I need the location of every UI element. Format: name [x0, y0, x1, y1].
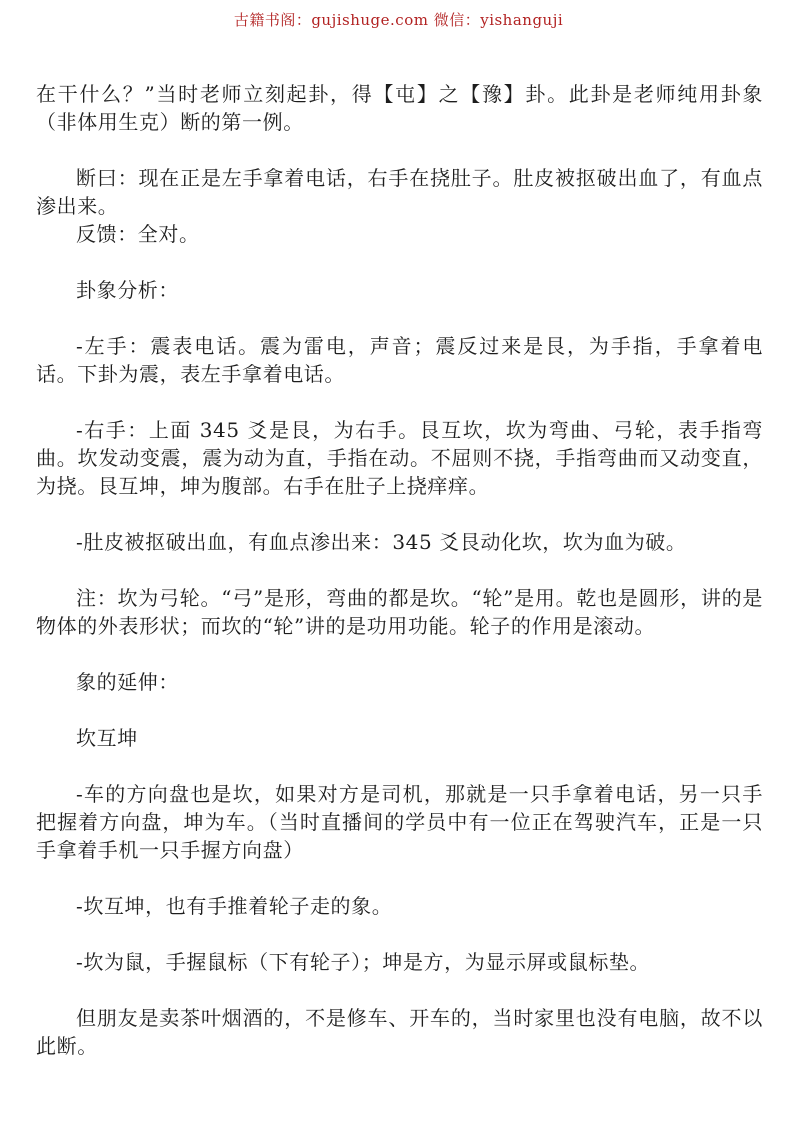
- paragraph-conclusion: 但朋友是卖茶叶烟酒的，不是修车、开车的，当时家里也没有电脑，故不以此断。: [36, 1004, 763, 1060]
- paragraph-right-hand: -右手：上面 345 爻是艮，为右手。艮互坎，坎为弯曲、弓轮，表手指弯曲。坎发动…: [36, 416, 763, 500]
- document-page: 在干什么？”当时老师立刻起卦，得【屯】之【豫】卦。此卦是老师纯用卦象（非体用生克…: [0, 30, 797, 1060]
- paragraph-mouse: -坎为鼠，手握鼠标（下有轮子）；坤是方，为显示屏或鼠标垫。: [36, 948, 763, 976]
- paragraph-kan-hu-kun: 坎互坤: [36, 724, 763, 752]
- paragraph-belly: -肚皮被抠破出血，有血点渗出来：345 爻艮动化坎，坎为血为破。: [36, 528, 763, 556]
- paragraph-continuation: 在干什么？”当时老师立刻起卦，得【屯】之【豫】卦。此卦是老师纯用卦象（非体用生克…: [36, 80, 763, 136]
- paragraph-analysis-heading: 卦象分析：: [36, 276, 763, 304]
- paragraph-feedback: 反馈：全对。: [36, 220, 763, 248]
- paragraph-push-wheel: -坎互坤，也有手推着轮子走的象。: [36, 892, 763, 920]
- paragraph-steering-wheel: -车的方向盘也是坎，如果对方是司机，那就是一只手拿着电话，另一只手把握着方向盘，…: [36, 780, 763, 864]
- paragraph-left-hand: -左手：震表电话。震为雷电，声音；震反过来是艮，为手指，手拿着电话。下卦为震，表…: [36, 332, 763, 388]
- site-watermark-header: 古籍书阁：gujishuge.com 微信：yishanguji: [0, 0, 797, 30]
- paragraph-note: 注：坎为弓轮。“弓”是形，弯曲的都是坎。“轮”是用。乾也是圆形，讲的是物体的外表…: [36, 584, 763, 640]
- paragraph-extension-heading: 象的延伸：: [36, 668, 763, 696]
- paragraph-duanyue: 断曰：现在正是左手拿着电话，右手在挠肚子。肚皮被抠破出血了，有血点渗出来。: [36, 164, 763, 220]
